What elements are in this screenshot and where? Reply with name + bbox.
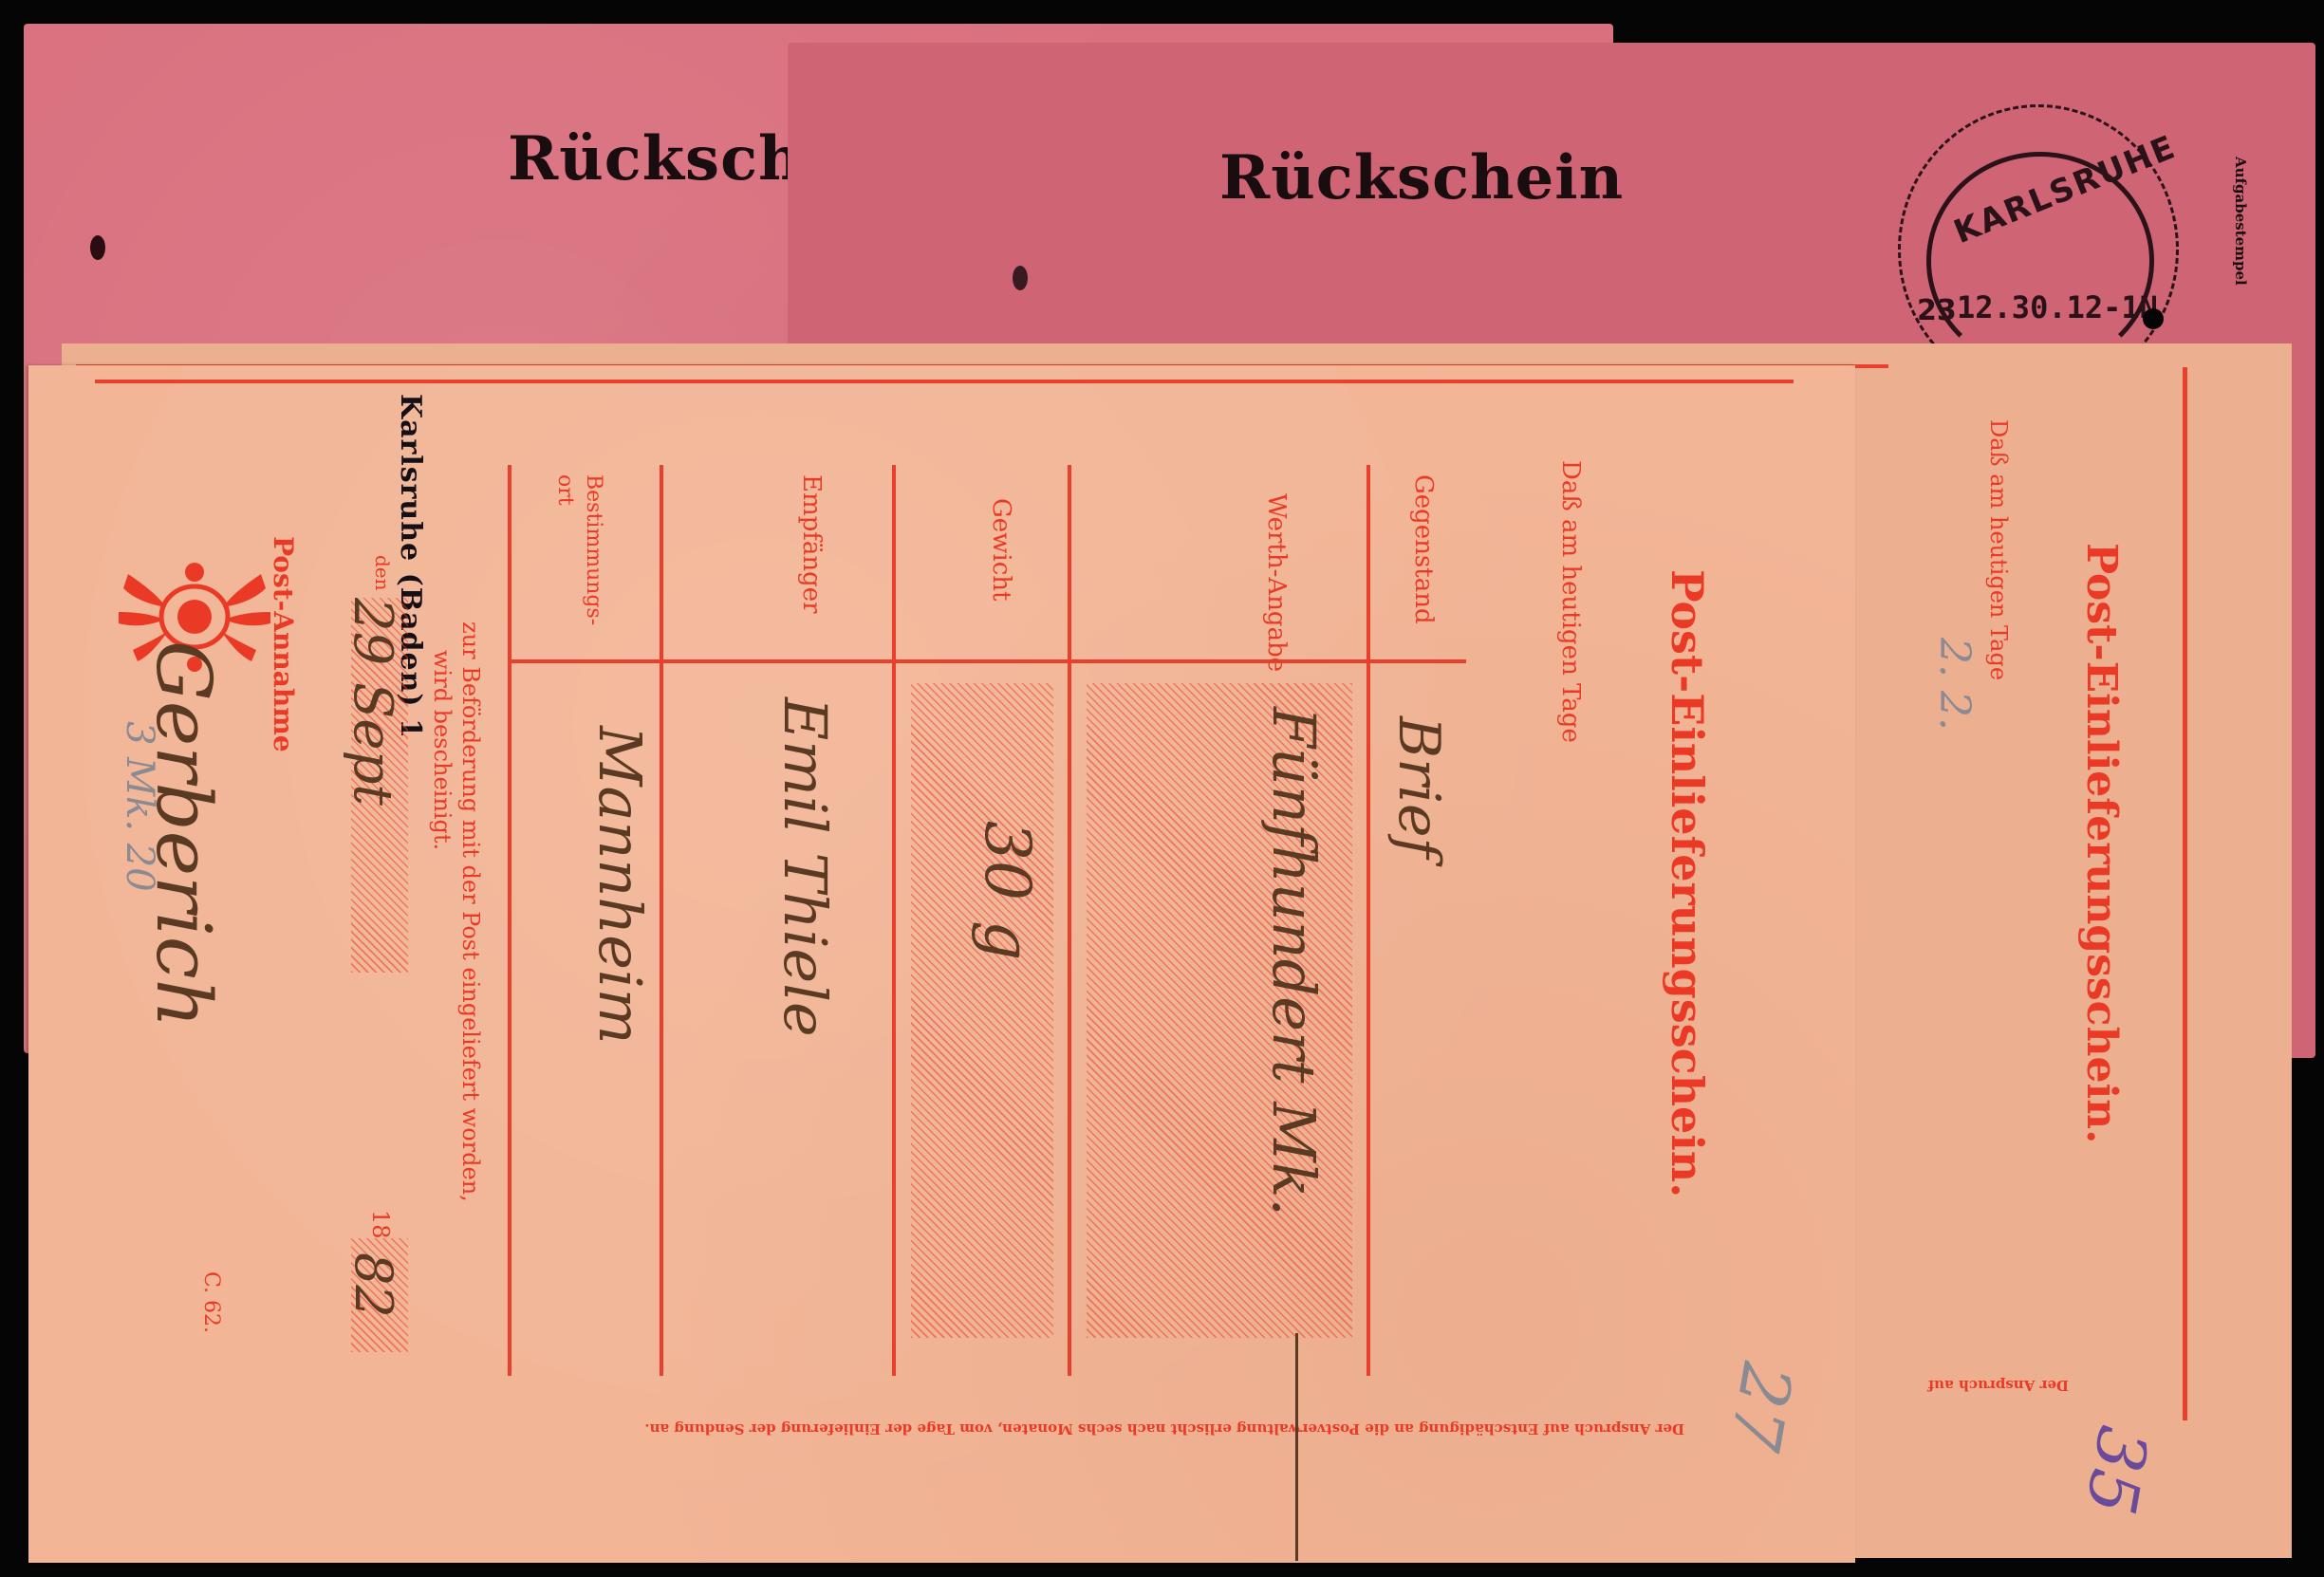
column-header-gewicht: Gewicht [987,498,1015,601]
value-gewicht: 30 g [971,821,1044,960]
value-werth-angabe: Fünfhundert Mk. [1259,707,1329,1216]
second-form-footer: Der Anspruch auf [1928,1377,2069,1394]
certification-line-2: wird bescheinigt. [429,650,456,850]
form-border-right [2183,367,2187,1420]
punch-hole [90,235,105,260]
value-gegenstand: Brief [1385,716,1452,859]
form-number: C. 62. [199,1271,223,1333]
column-divider [892,465,896,1376]
year-value: 82 [344,1252,403,1318]
column-divider [1367,465,1370,1376]
value-empfaenger: Emil Thiele [771,697,840,1037]
form-footer-notice: Der Anspruch auf Entschädigung an die Po… [644,1420,1684,1438]
card-title: Rückschein [1219,142,1624,213]
column-divider [508,465,511,1376]
punch-hole [2143,308,2164,329]
office-label: Post-Annahme [268,536,299,752]
date-value: 29 Sept [342,598,403,806]
column-header-bestimmungsort: Bestimmungs-ort [550,474,607,626]
form-border-top [95,380,1794,383]
ink-stroke [1295,1333,1298,1561]
column-header-werth-angabe: Werth-Angabe [1262,493,1291,672]
postmark-prefix: 23 [1917,294,1957,327]
column-header-gegenstand: Gegenstand [1409,474,1438,624]
main-receipt-form: Gegenstand Werth-Angabe Gewicht Empfänge… [28,365,1855,1563]
column-divider [660,465,663,1376]
certification-line-1: zur Beförderung mit der Post eingeliefer… [457,622,484,1202]
second-form-intro: Daß am heutigen Tage [1985,419,2012,680]
form-intro: Daß am heutigen Tage [1556,460,1585,743]
violet-number: 35 [2070,1420,2164,1520]
form-title: Post-Einlieferungsschein. [1662,569,1713,1197]
weight-field-hatching [911,683,1053,1338]
value-bestimmungsort: Mannheim [586,726,655,1045]
date-prefix: den [371,555,394,591]
year-prefix: 18 [367,1210,394,1239]
column-header-empfaenger: Empfänger [797,474,826,614]
second-form-title: Post-Einlieferungsschein. [2077,543,2126,1143]
pencil-note: 3 Mk. 20 [118,721,161,892]
pencil-number: 27 [1714,1357,1808,1456]
postmark-date: 12.30.12-1N [1957,289,2158,325]
header-row-line [508,659,1466,663]
column-divider [1068,465,1071,1376]
stamp-field-label: Aufgabestempel [2232,157,2249,286]
pencil-marks: 2. 2. [1930,638,1979,731]
punch-hole [1013,266,1028,290]
